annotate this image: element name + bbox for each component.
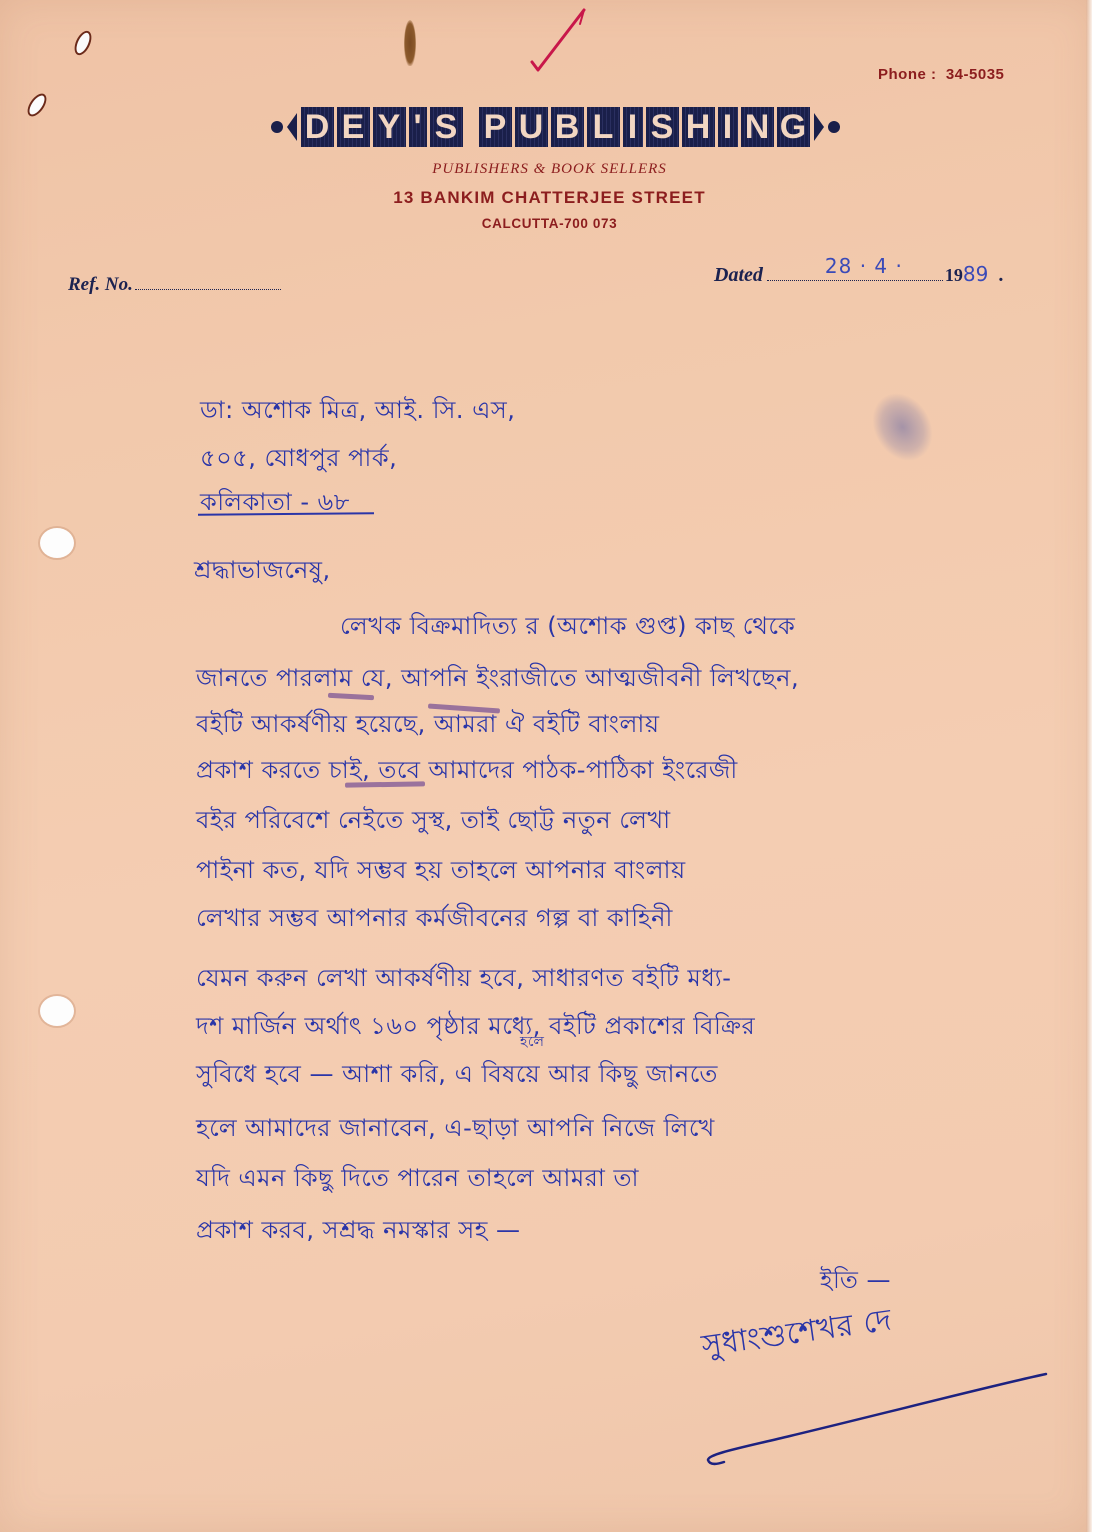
brand-letter: H xyxy=(682,107,715,147)
brand-letter: Y xyxy=(373,107,406,147)
handwritten-date: 28 · 4 · xyxy=(825,254,903,278)
brand-letter: ' xyxy=(409,107,427,147)
body-line: পাইনা কত, যদি সম্ভব হয় তাহলে আপনার বাংল… xyxy=(196,852,686,892)
punch-hole xyxy=(40,528,74,558)
brand-letter: P xyxy=(479,107,512,147)
brand-name-word-2: P U B L I S H I N G xyxy=(479,107,810,147)
arrow-ornament-icon xyxy=(287,113,297,141)
body-line: লেখক বিক্রমাদিত্য র (অশোক গুপ্ত) কাছ থেক… xyxy=(340,608,795,648)
arrow-ornament-icon xyxy=(814,113,824,141)
addressee-line: ডা: অশোক মিত্র, আই. সি. এস, xyxy=(200,392,515,432)
brand-name-word-1: D E Y ' S xyxy=(301,107,463,147)
body-line: যেমন করুন লেখা আকর্ষণীয় হবে, সাধারণত বই… xyxy=(196,960,731,1000)
date-field: Dated 28 · 4 · 1989 . xyxy=(714,258,1003,287)
brand-letter: N xyxy=(741,107,774,147)
ref-number-field: Ref. No. xyxy=(68,274,281,296)
brand-letter: B xyxy=(551,107,584,147)
brand-letter: D xyxy=(301,107,334,147)
body-line: যদি এমন কিছু দিতে পারেন তাহলে আমরা তা xyxy=(196,1160,639,1200)
body-line: লেখার সম্ভব আপনার কর্মজীবনের গল্প বা কাহ… xyxy=(196,900,673,940)
brand-letter: G xyxy=(777,107,810,147)
addressee-line: কলিকাতা - ৬৮ xyxy=(200,484,350,524)
brand-letter: I xyxy=(623,107,643,147)
brand-logo: D E Y ' S P U B L I S H I N G xyxy=(240,104,870,150)
street-address: 13 BANKIM CHATTERJEE STREET xyxy=(0,188,1099,208)
body-line: প্রকাশ করতে চাই, তবে আমাদের পাঠক-পাঠিকা … xyxy=(196,752,738,792)
brand-letter: L xyxy=(587,107,620,147)
brand-letter: E xyxy=(337,107,370,147)
tagline: PUBLISHERS & BOOK SELLERS xyxy=(0,161,1099,178)
body-line: বইর পরিবেশে নেইতে সুস্থ, তাই ছোট্ট নতুন … xyxy=(196,802,671,842)
brand-letter: I xyxy=(718,107,738,147)
dot-ornament-icon xyxy=(271,121,283,133)
brand-letter: U xyxy=(515,107,548,147)
dated-label: Dated xyxy=(714,264,763,287)
brand-letter: S xyxy=(430,107,463,147)
punch-hole xyxy=(40,996,74,1026)
year-handwritten: 89 xyxy=(963,262,988,286)
letter-sheet: Phone : 34-5035 D E Y ' S P U B L I S H … xyxy=(0,0,1092,1532)
addressee-line: ৫০৫, যোধপুর পার্ক, xyxy=(200,440,397,480)
date-value-line: 28 · 4 · xyxy=(767,258,943,281)
body-line: বইটি আকর্ষণীয় হয়েছে, আমরা ঐ বইটি বাংলা… xyxy=(196,706,659,746)
brand-letter: S xyxy=(646,107,679,147)
body-line: প্রকাশ করব, সশ্রদ্ধ নমস্কার সহ — xyxy=(196,1212,520,1252)
salutation: শ্রদ্ধাভাজনেষু, xyxy=(194,552,331,592)
phone-number: Phone : 34-5035 xyxy=(878,66,1004,83)
ref-value-line xyxy=(135,288,281,290)
paper-tear-mark xyxy=(71,28,95,57)
city-address: CALCUTTA-700 073 xyxy=(0,216,1099,231)
checkmark-icon xyxy=(528,6,588,72)
paper-tear-mark xyxy=(24,90,50,119)
year-printed: 19 xyxy=(945,265,963,286)
body-line: হলে আমাদের জানাবেন, এ-ছাড়া আপনি নিজে লি… xyxy=(196,1110,715,1150)
rust-stain-mark xyxy=(404,20,416,66)
body-line: জানতে পারলাম যে, আপনি ইংরাজীতে আত্মজীবনী… xyxy=(196,660,799,700)
ink-smudge xyxy=(861,383,944,471)
ref-label: Ref. No. xyxy=(68,274,133,296)
body-line: সুবিধে হবে — আশা করি, এ বিষয়ে আর কিছু জ… xyxy=(196,1056,718,1096)
body-line: দশ মার্জিন অর্থাৎ ১৬০ পৃষ্ঠার মধ্যে, বইট… xyxy=(196,1008,755,1048)
signature-flourish xyxy=(690,1316,1050,1466)
dot-ornament-icon xyxy=(828,121,840,133)
date-trailing-dot: . xyxy=(998,264,1003,287)
